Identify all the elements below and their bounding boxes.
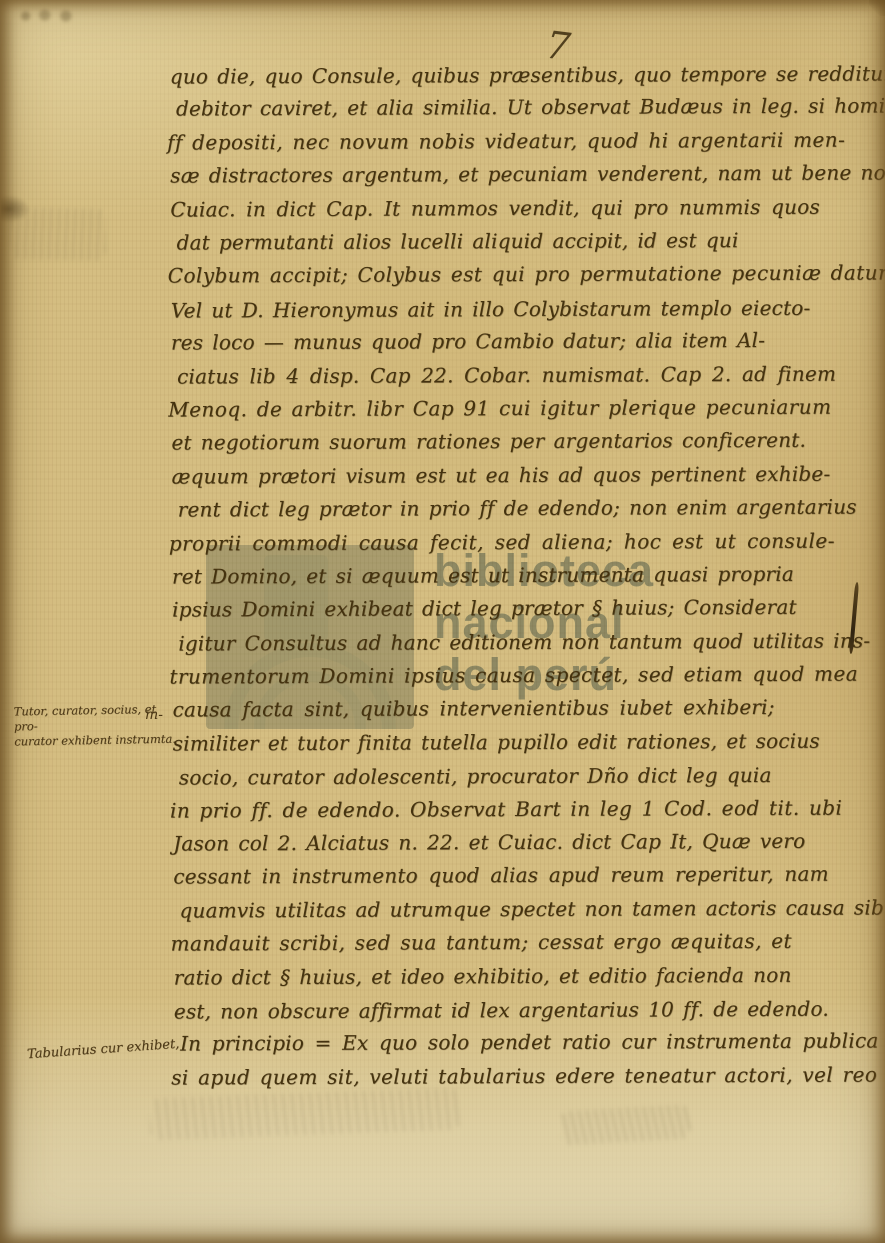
text-line: dat permutanti alios lucelli aliquid acc… (176, 223, 872, 259)
left-edge-ink-smudge (0, 195, 30, 223)
bleedthrough-folio-mark (16, 6, 80, 24)
text-line: socio, curator adolescenti, procurator D… (179, 759, 875, 795)
text-line: et negotiorum suorum rationes per argent… (171, 424, 873, 460)
text-line: ff depositi, nec novum nobis videatur, q… (167, 123, 872, 159)
text-line: debitor caviret, et alia similia. Ut obs… (176, 90, 872, 126)
text-line: ret Domino, et si æquum est ut instrumen… (172, 557, 874, 593)
text-line: æquum prætori visum est ut ea his ad quo… (171, 457, 873, 493)
text-line: est, non obscure affirmat id lex argenta… (174, 992, 876, 1028)
text-line: Colybum accipit; Colybus est qui pro per… (168, 257, 873, 293)
bleedthrough-ghost-bottom (149, 1088, 460, 1141)
text-line: igitur Consultus ad hanc editionem non t… (178, 624, 874, 660)
text-line: ratio dict § huius, et ideo exhibitio, e… (174, 958, 876, 994)
text-line: sæ distractores argentum, et pecuniam ve… (170, 157, 872, 193)
text-line: in prio ff. de edendo. Observat Bart in … (170, 791, 875, 827)
text-line: Menoq. de arbitr. libr Cap 91 cui igitur… (168, 390, 873, 426)
text-line: In principio = Ex quo solo pendet ratio … (180, 1025, 876, 1061)
text-line: ciatus lib 4 disp. Cap 22. Cobar. numism… (177, 357, 873, 393)
text-line: trumentorum Domini ipsius causa spectet,… (169, 657, 874, 693)
manuscript-text-block: quo die, quo Consule, quibus præsentibus… (170, 56, 877, 1094)
text-line: rent dict leg prætor in prio ff de edend… (178, 491, 874, 527)
bleedthrough-ghost-bottom-right (559, 1105, 691, 1146)
text-line: Cuiac. in dict Cap. It nummos vendit, qu… (170, 190, 872, 226)
text-line: mandauit scribi, sed sua tantum; cessat … (171, 925, 876, 961)
text-line: si apud quem sit, veluti tabularius eder… (171, 1058, 876, 1094)
top-right-corner-notch (869, 0, 885, 16)
text-line: quamvis utilitas ad utrumque spectet non… (179, 891, 875, 927)
text-line: Jason col 2. Alciatus n. 22. et Cuiac. d… (173, 824, 875, 860)
text-line: cessant in instrumento quod alias apud r… (173, 858, 875, 894)
text-line: causa facta sint, quibus intervenientibu… (173, 691, 875, 727)
text-line: ipsius Domini exhibeat dict leg prætor §… (172, 591, 874, 627)
margin-continuation-mark: m- (145, 707, 163, 723)
text-line: proprii commodi causa fecit, sed aliena;… (169, 525, 874, 561)
margin-note-tabularius: Tabularius cur exhibet, (27, 1037, 180, 1063)
text-line: Vel ut D. Hieronymus ait in illo Colybis… (171, 291, 873, 327)
margin-note-tutor-line-2: curator exhibent instrumta. (14, 732, 182, 750)
text-line: similiter et tutor finita tutella pupill… (173, 724, 875, 760)
manuscript-page: 7 biblioteca nacional del perú quo die, … (0, 0, 885, 1243)
text-line: res loco — munus quod pro Cambio datur; … (171, 324, 873, 360)
text-line: quo die, quo Consule, quibus præsentibus… (170, 57, 872, 93)
